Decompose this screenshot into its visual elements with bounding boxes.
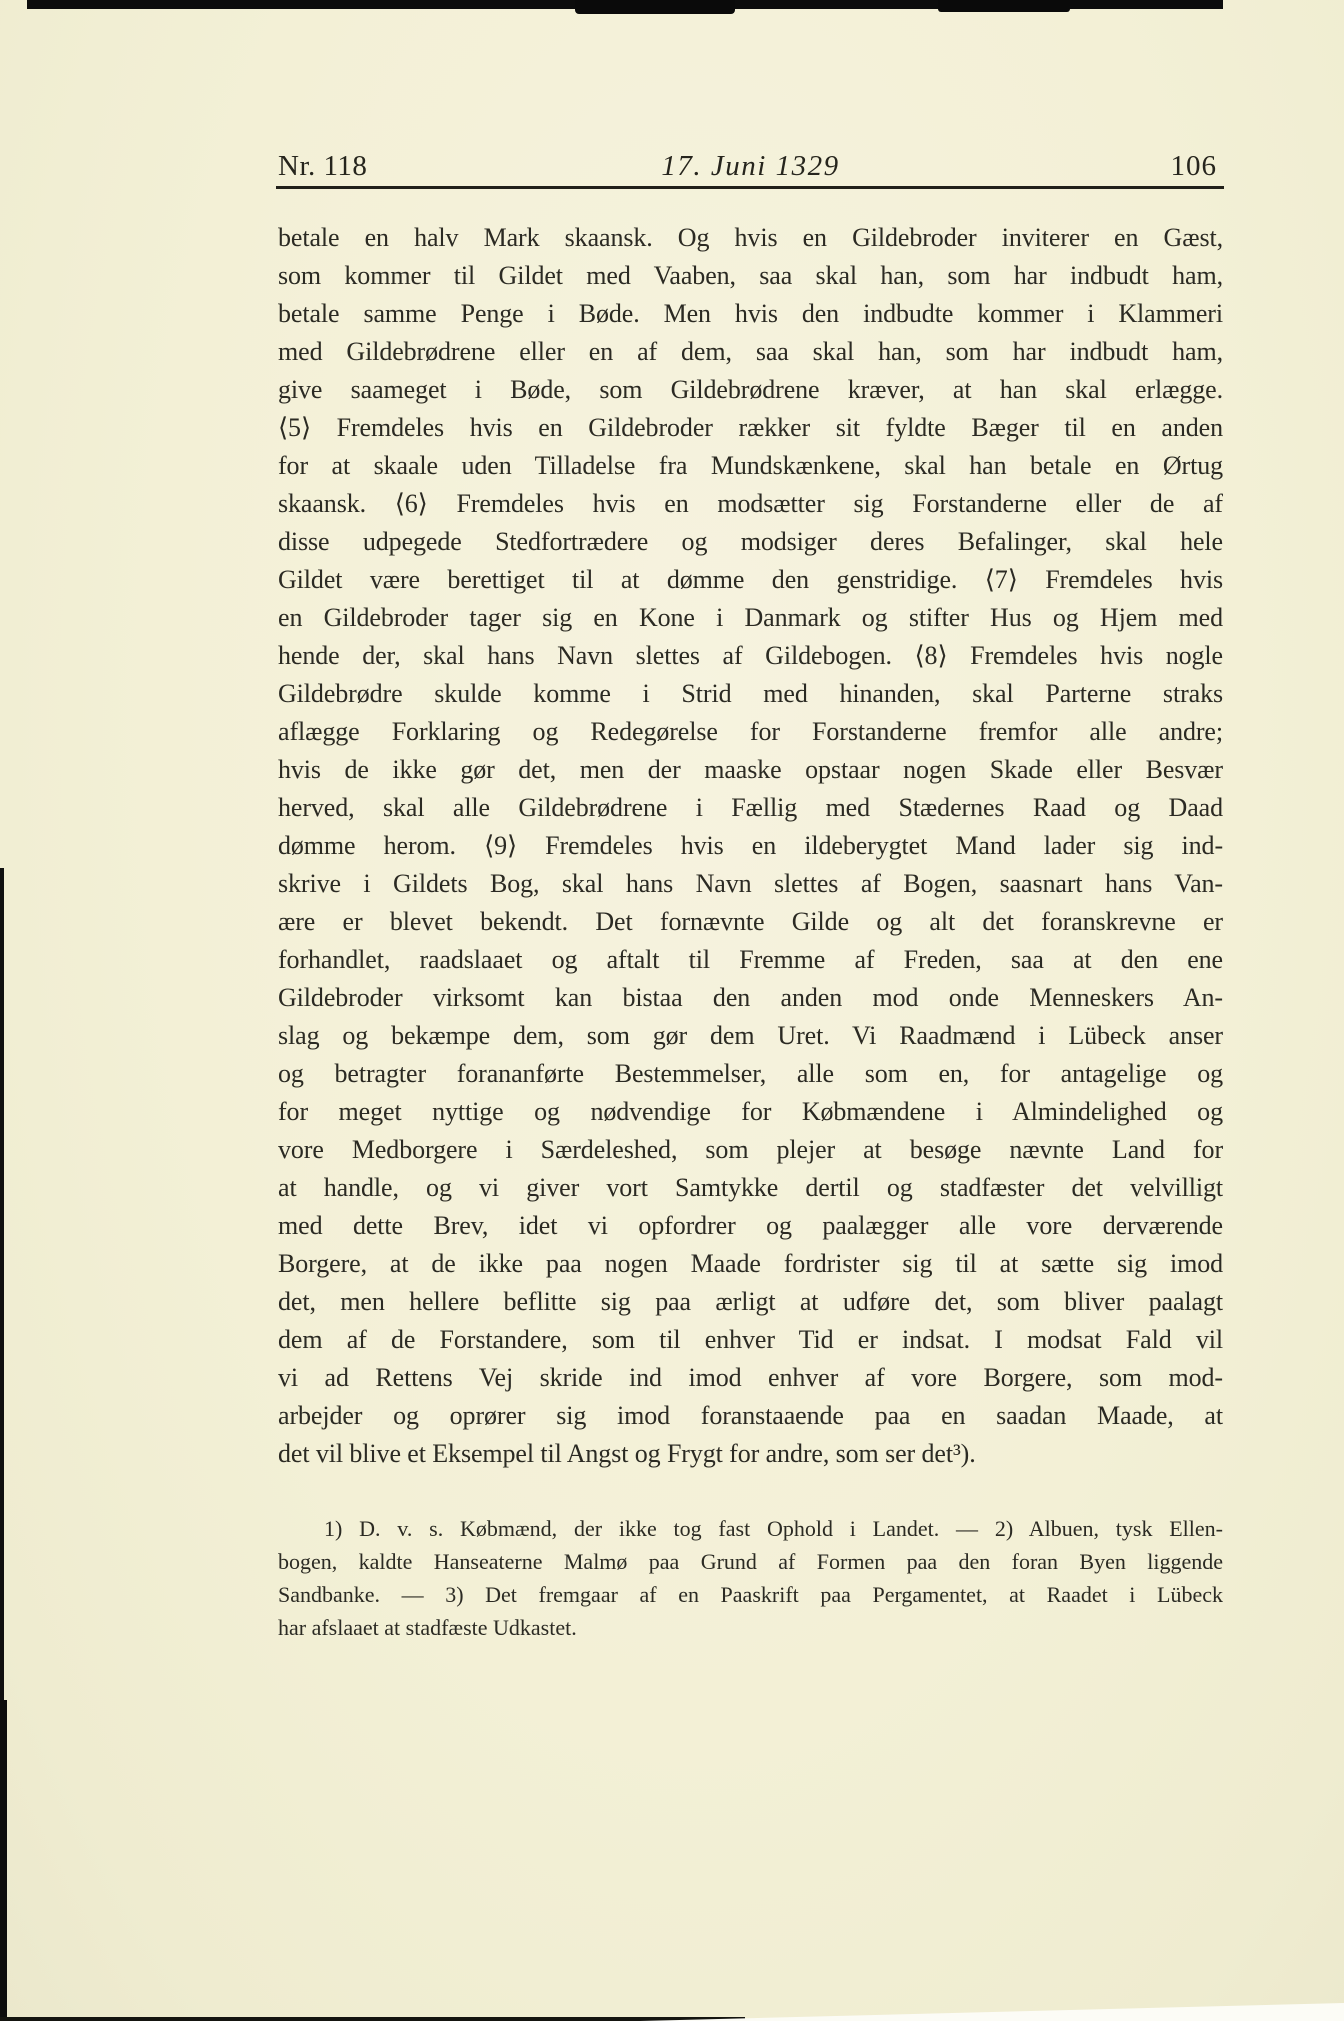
scan-edge-bottom [0,2017,745,2021]
body-text-line: Gildet være berettiget til at dømme den … [278,561,1223,599]
body-text-line: betale en halv Mark skaansk. Og hvis en … [278,219,1223,257]
document-number: Nr. 118 [278,150,367,183]
body-text-line: Gildebrødre skulde komme i Strid med hin… [278,675,1223,713]
body-text-line: med dette Brev, idet vi opfordrer og paa… [278,1207,1223,1245]
document-body: betale en halv Mark skaansk. Og hvis en … [278,219,1223,1473]
scanned-book-page: Nr. 118 17. Juni 1329 106 betale en halv… [0,0,1344,2021]
paper-edge-bottom-right [640,2003,1344,2021]
body-text-line: for meget nyttige og nødvendige for Købm… [278,1093,1223,1131]
body-text-line: hvis de ikke gør det, men der maaske ops… [278,751,1223,789]
body-text-line: arbejder og oprører sig imod foranstaaen… [278,1397,1223,1435]
header-rule [276,186,1224,189]
body-text-line: skrive i Gildets Bog, skal hans Navn sle… [278,865,1223,903]
footnotes: 1) D. v. s. Købmænd, der ikke tog fast O… [278,1512,1223,1644]
body-text-line: betale samme Penge i Bøde. Men hvis den … [278,295,1223,333]
body-text-line: hende der, skal hans Navn slettes af Gil… [278,637,1223,675]
body-text-line: aflægge Forklaring og Redegørelse for Fo… [278,713,1223,751]
body-text-line: en Gildebroder tager sig en Kone i Danma… [278,599,1223,637]
body-text-line: ⟨5⟩ Fremdeles hvis en Gildebroder rækker… [278,409,1223,447]
body-text-line: give saameget i Bøde, som Gildebrødrene … [278,371,1223,409]
body-text-line: med Gildebrødrene eller en af dem, saa s… [278,333,1223,371]
page-header: Nr. 118 17. Juni 1329 106 [278,150,1223,184]
body-text-line: det vil blive et Eksempel til Angst og F… [278,1435,1223,1473]
footnote-line: bogen, kaldte Hanseaterne Malmø paa Grun… [278,1545,1223,1578]
body-text-line: slag og bekæmpe dem, som gør dem Uret. V… [278,1017,1223,1055]
scan-edge-left-lower [0,1700,7,2021]
body-text-line: det, men hellere beflitte sig paa ærligt… [278,1283,1223,1321]
body-text-line: forhandlet, raadslaaet og aftalt til Fre… [278,941,1223,979]
body-text-line: herved, skal alle Gildebrødrene i Fællig… [278,789,1223,827]
footnote-line: har afslaaet at stadfæste Udkastet. [278,1611,1223,1644]
body-text-line: og betragter forananførte Bestemmelser, … [278,1055,1223,1093]
body-text-line: disse udpegede Stedfortrædere og modsige… [278,523,1223,561]
scan-edge-top-blob [575,0,735,14]
body-text-line: skaansk. ⟨6⟩ Fremdeles hvis en modsætter… [278,485,1223,523]
body-text-line: Borgere, at de ikke paa nogen Maade ford… [278,1245,1223,1283]
scan-edge-top-blob [938,0,1070,12]
page-number: 106 [1171,150,1218,183]
footnote-line: 1) D. v. s. Købmænd, der ikke tog fast O… [278,1512,1223,1545]
body-text-line: Gildebroder virksomt kan bistaa den ande… [278,979,1223,1017]
body-text-line: vore Medborgere i Særdeleshed, som pleje… [278,1131,1223,1169]
body-text-line: at handle, og vi giver vort Samtykke der… [278,1169,1223,1207]
document-date: 17. Juni 1329 [661,150,839,183]
body-text-line: dem af de Forstandere, som til enhver Ti… [278,1321,1223,1359]
body-text-line: for at skaale uden Tilladelse fra Mundsk… [278,447,1223,485]
body-text-line: vi ad Rettens Vej skride ind imod enhver… [278,1359,1223,1397]
footnote-line: Sandbanke. — 3) Det fremgaar af en Paask… [278,1578,1223,1611]
body-text-line: dømme herom. ⟨9⟩ Fremdeles hvis en ildeb… [278,827,1223,865]
body-text-line: ære er blevet bekendt. Det fornævnte Gil… [278,903,1223,941]
body-text-line: som kommer til Gildet med Vaaben, saa sk… [278,257,1223,295]
